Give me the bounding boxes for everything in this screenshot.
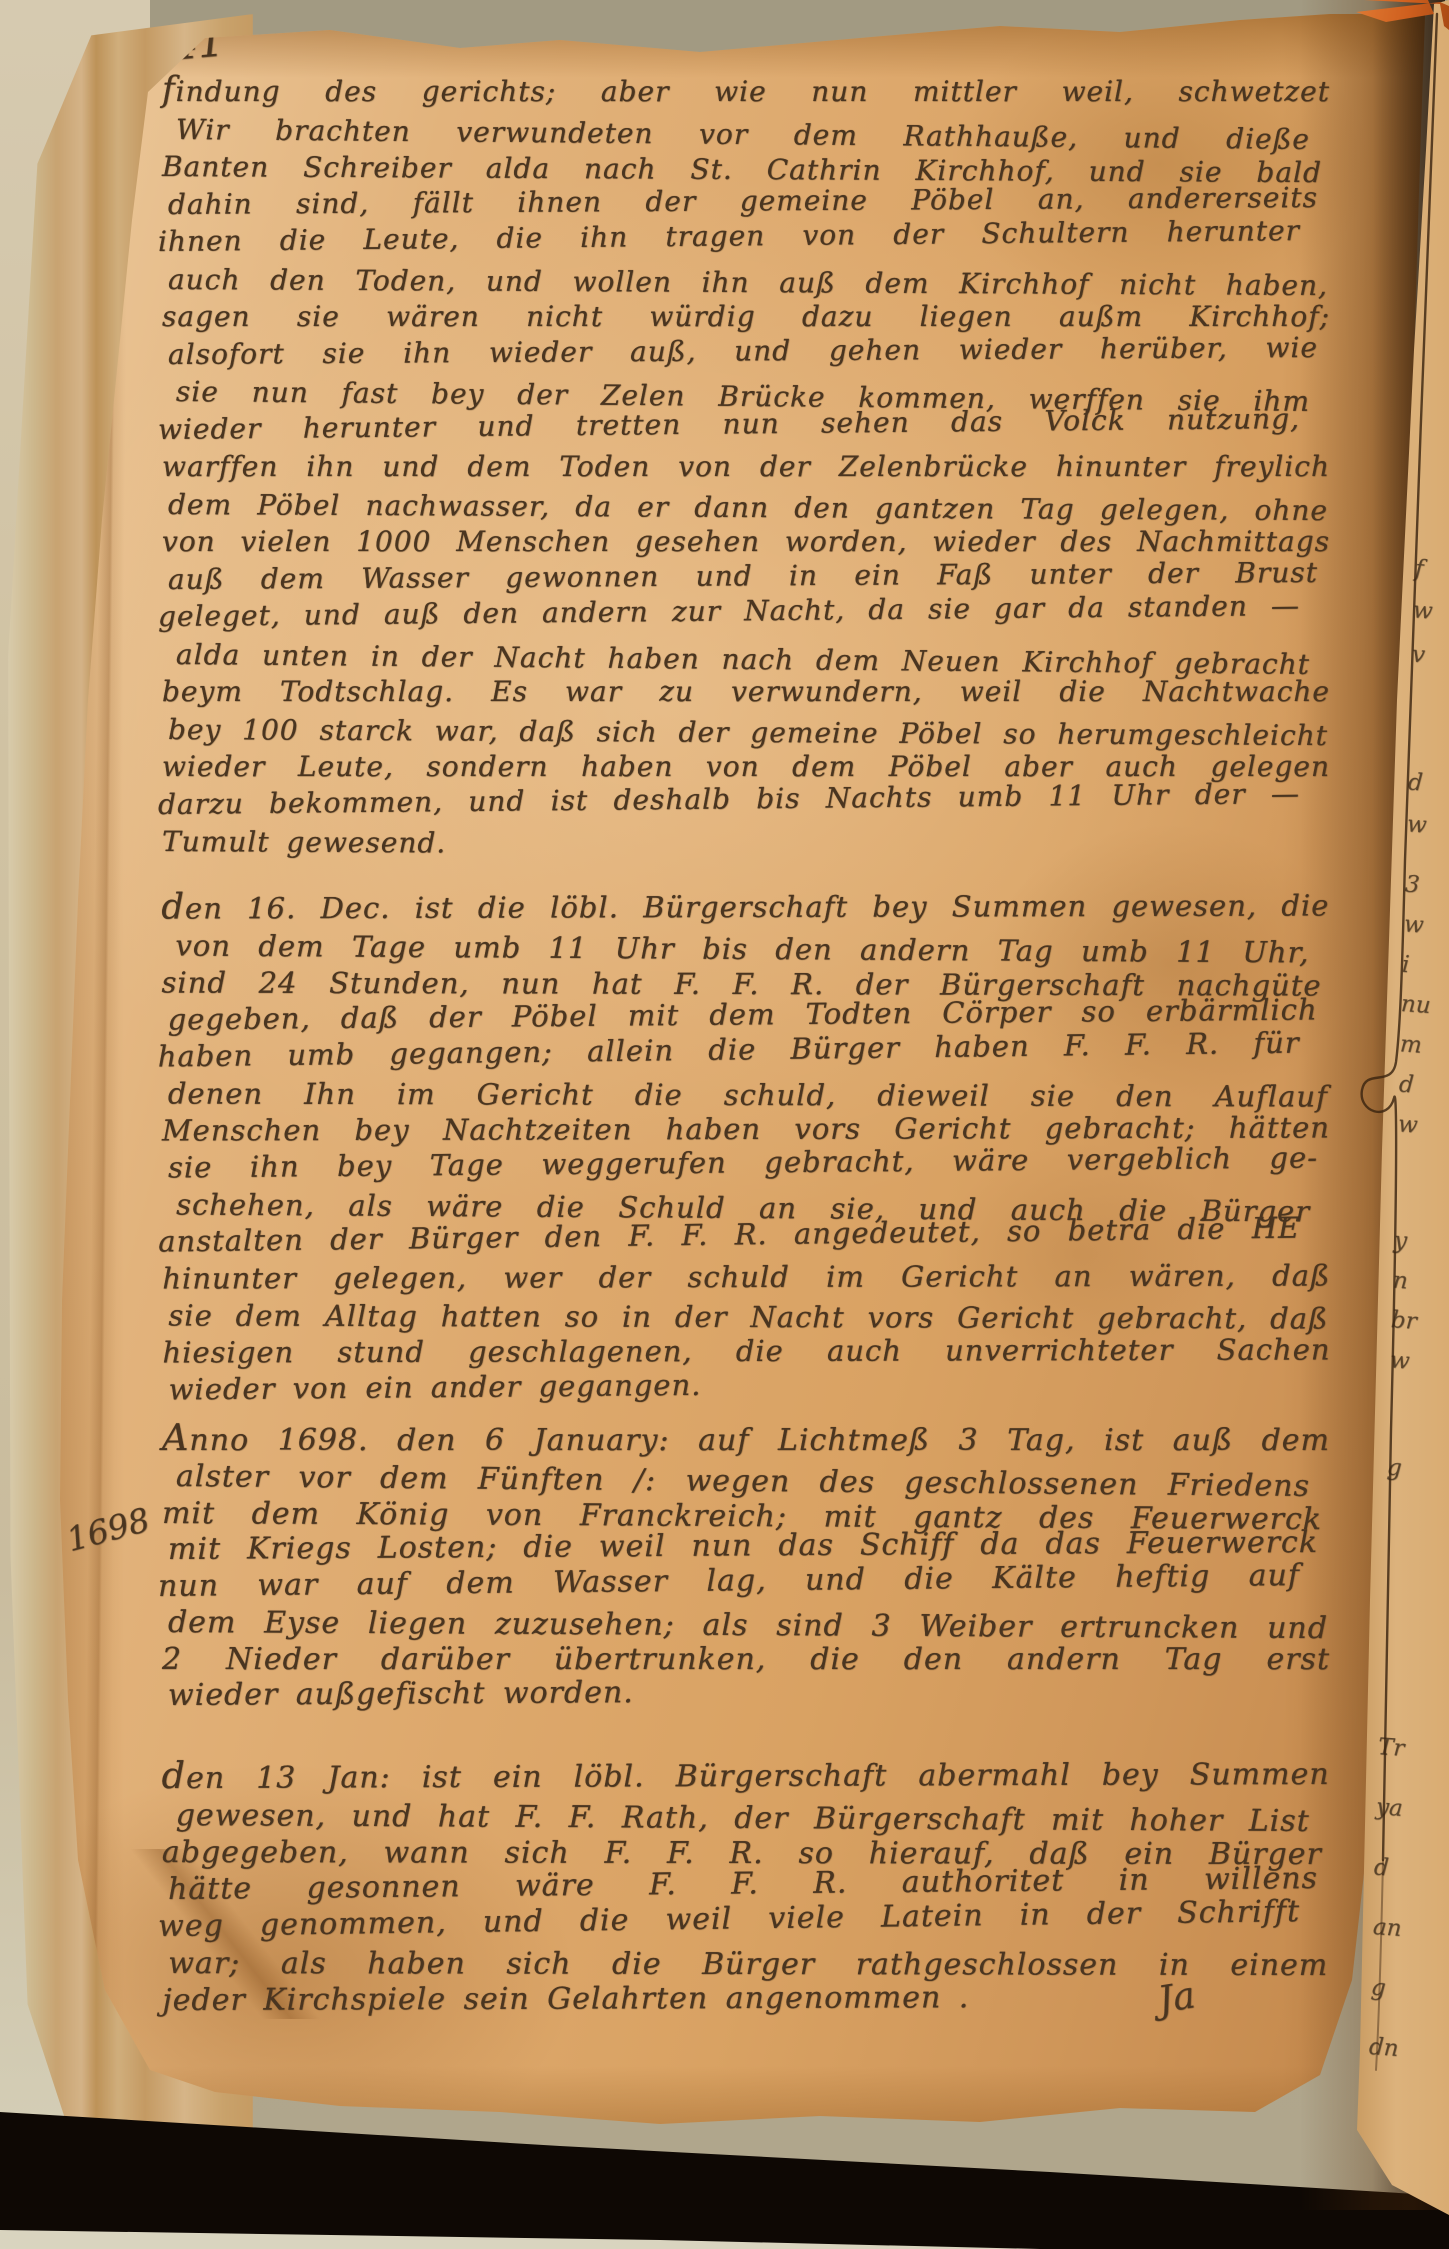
- handwritten-line: alsofort sie ihn wieder auß, und gehen w…: [168, 328, 1318, 373]
- next-page-text-fragment: br: [1390, 1307, 1417, 1335]
- next-page-text-fragment: d: [1373, 1855, 1390, 1882]
- next-page-text-fragment: dn: [1368, 2034, 1399, 2062]
- handwritten-line: findung des gerichts; aber wie nun mittl…: [162, 72, 1330, 111]
- next-page-text-fragment: g: [1386, 1455, 1403, 1482]
- text-block: findung des gerichts; aber wie nun mittl…: [162, 72, 1330, 2017]
- next-page-text-fragment: an: [1372, 1914, 1402, 1942]
- next-page-text-fragment: g: [1370, 1975, 1387, 2002]
- paragraph: den 16. Dec. ist die löbl. Bürgerschaft …: [161, 885, 1330, 1408]
- closing-word: Ja: [1155, 1973, 1198, 2021]
- manuscript-page: 641 1698 findung des gerichts; aber wie …: [40, 14, 1432, 2144]
- handwritten-line: wieder außgefischt worden.: [168, 1671, 1318, 1715]
- handwritten-line: Tumult gewesend.: [162, 823, 1322, 867]
- handwritten-line: auch den Toden, und wollen ihn auß dem K…: [168, 261, 1328, 305]
- next-page-text-fragment: nu: [1400, 991, 1431, 1019]
- next-page-text-fragment: n: [1392, 1268, 1409, 1295]
- next-page-text-fragment: d: [1398, 1072, 1415, 1099]
- handwritten-line: den 16. Dec. ist die löbl. Bürgerschaft …: [161, 885, 1329, 927]
- handwritten-line: war; als haben sich die Bürger rathgesch…: [168, 1945, 1328, 1984]
- next-page-text-fragment: d: [1407, 770, 1424, 797]
- handwritten-line: bey 100 starck war, daß sich der gemeine…: [168, 711, 1328, 755]
- next-page-text-fragment: 3: [1404, 872, 1420, 899]
- next-page-text-fragment: y: [1393, 1228, 1408, 1255]
- handwritten-line: gewesen, und hat F. F. Rath, der Bürgers…: [176, 1796, 1310, 1839]
- next-page-text-fragment: w: [1389, 1347, 1410, 1374]
- next-page-text-fragment: m: [1399, 1031, 1423, 1058]
- next-page-text-fragment: f: [1414, 556, 1424, 583]
- paragraph: findung des gerichts; aber wie nun mittl…: [162, 72, 1330, 861]
- next-page-text-fragment: Tr: [1377, 1734, 1405, 1762]
- next-page-text-fragment: ya: [1375, 1794, 1403, 1822]
- handwritten-line: denen Ihn im Gericht die schuld, dieweil…: [168, 1075, 1328, 1115]
- next-page-text-fragment: v: [1411, 642, 1426, 669]
- next-page-text-fragment: w: [1406, 811, 1427, 838]
- handwritten-line: warffen ihn und dem Toden von der Zelenb…: [162, 448, 1330, 486]
- next-page-text-fragment: w: [1397, 1111, 1418, 1138]
- next-page-text-fragment: w: [1403, 911, 1424, 938]
- handwritten-line: dem Pöbel nachwasser, da er dann den gan…: [168, 486, 1328, 530]
- paragraph: Anno 1698. den 6 January: auf Lichtmeß 3…: [162, 1420, 1330, 1715]
- next-page-text-fragment: i: [1401, 952, 1410, 978]
- handwritten-line: hinunter gelegen, wer der schuld im Geri…: [162, 1257, 1330, 1297]
- next-page-text-fragment: w: [1412, 597, 1433, 624]
- handwritten-line: dem Eyse liegen zuzusehen; als sind 3 We…: [168, 1605, 1328, 1648]
- handwritten-line: Anno 1698. den 6 January: auf Lichtmeß 3…: [162, 1420, 1330, 1460]
- handwritten-line: sie dem Alltag hatten so in der Nacht vo…: [168, 1297, 1328, 1337]
- handwritten-line: den 13 Jan: ist ein löbl. Bürgerschaft a…: [162, 1752, 1330, 1796]
